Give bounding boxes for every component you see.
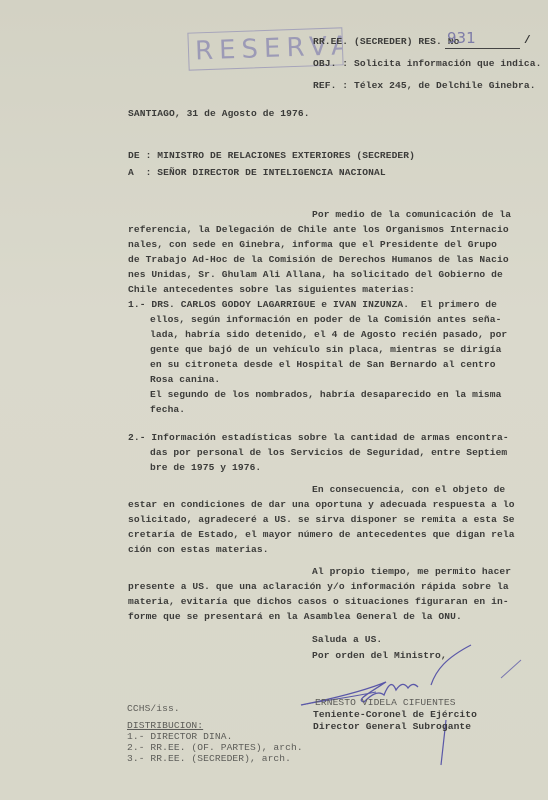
body-line: En consecuencia, con el objeto de <box>312 484 505 496</box>
body-line: ción con estas materias. <box>128 544 269 556</box>
body-line: presente a US. que una aclaración y/o in… <box>128 581 509 593</box>
body-line: solicitado, agradeceré a US. se sirva di… <box>128 514 515 526</box>
list-item-1-line: gente que bajó de un vehículo sin placa,… <box>150 344 501 356</box>
body-line: de Trabajo Ad-Hoc de la Comisión de Dere… <box>128 254 509 266</box>
document-page: RESERVADO RR.EE. (SECREDER) RES. No 931 … <box>0 0 548 800</box>
body-line: materia, evitaría que dichos casos o sit… <box>128 596 509 608</box>
body-line: referencia, la Delegación de Chile ante … <box>128 224 509 236</box>
body-line: estar en condiciones de dar una oportuna… <box>128 499 515 511</box>
signer-title: Director General Subrogante <box>313 721 471 733</box>
signer-rank: Teniente-Coronel de Ejército <box>313 709 477 721</box>
list-item-1-line: en su citroneta desde el Hospital de San… <box>150 359 496 371</box>
typist-initials: CCHS/iss. <box>127 703 180 715</box>
list-item-1-line: El segundo de los nombrados, habría desa… <box>150 389 501 401</box>
distribution-item: 3.- RR.EE. (SECREDER), arch. <box>127 753 291 765</box>
list-item-1-line: fecha. <box>150 404 185 416</box>
from-line: DE : MINISTRO DE RELACIONES EXTERIORES (… <box>128 150 415 162</box>
body-line: nales, con sede en Ginebra, informa que … <box>128 239 497 251</box>
date-line: SANTIAGO, 31 de Agosto de 1976. <box>128 108 310 120</box>
list-item-2-line: bre de 1975 y 1976. <box>150 462 261 474</box>
list-item-1-line: ellos, según información en poder de la … <box>150 314 501 326</box>
list-item-2-line: das por personal de los Servicios de Seg… <box>150 447 507 459</box>
body-line: nes Unidas, Sr. Ghulam Ali Allana, ha so… <box>128 269 503 281</box>
body-line: Por medio de la comunicación de la <box>312 209 511 221</box>
body-line: cretaría de Estado, el mayor número de a… <box>128 529 515 541</box>
list-item-1-line: Rosa canina. <box>150 374 220 386</box>
body-line: forme que se presentará en la Asamblea G… <box>128 611 462 623</box>
list-item-1-line: lada, habría sido detenido, el 4 de Agos… <box>150 329 507 341</box>
list-item-2: 2.- Información estadísticas sobre la ca… <box>128 432 509 444</box>
to-line: A : SEÑOR DIRECTOR DE INTELIGENCIA NACIO… <box>128 167 386 179</box>
resolution-slash: / <box>524 35 531 47</box>
object-line: OBJ. : Solicita información que indica. <box>313 58 541 70</box>
resolution-number-handwritten: 931 <box>447 29 476 47</box>
reference-line: REF. : Télex 245, de Delchile Ginebra. <box>313 80 536 92</box>
signer-name: ERNESTO VIDELA CIFUENTES <box>315 697 456 709</box>
list-item-1: 1.- DRS. CARLOS GODOY LAGARRIGUE e IVAN … <box>128 299 497 311</box>
body-line: Chile antecedentes sobre las siguientes … <box>128 284 415 296</box>
body-line: Al propio tiempo, me permito hacer <box>312 566 511 578</box>
resolution-ref: RR.EE. (SECREDER) RES. No <box>313 36 459 48</box>
